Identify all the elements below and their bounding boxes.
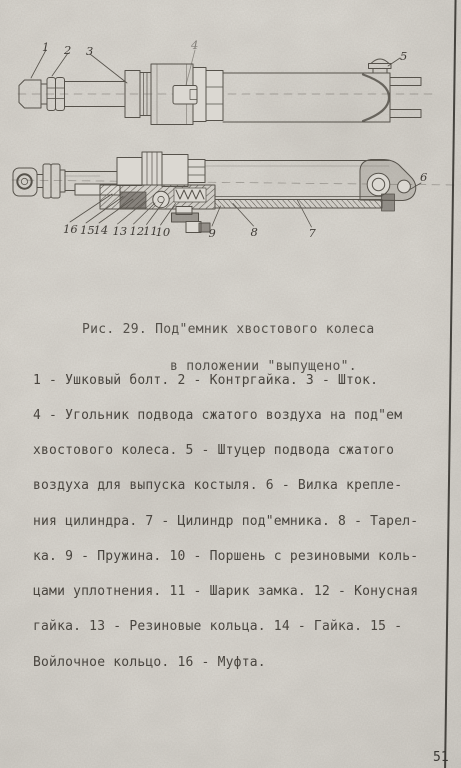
legend-line: гайка. 13 - Резиновые кольца. 14 - Гайка… [33, 621, 445, 633]
callout-12: 12 [130, 224, 145, 238]
callout-7: 7 [309, 226, 317, 240]
legend-line: воздуха для выпуска костыля. 6 - Вилка к… [33, 480, 445, 492]
legend-line: ка. 9 - Пружина. 10 - Поршень с резиновы… [33, 551, 445, 563]
callout-2: 2 [63, 43, 71, 57]
callout-6: 6 [420, 170, 427, 184]
jack-section-view [12, 152, 456, 233]
callout-1: 1 [42, 40, 49, 54]
callout-3: 3 [86, 44, 93, 58]
legend-line: цами уплотнения. 11 - Шарик замка. 12 - … [33, 586, 445, 598]
callout-8: 8 [251, 225, 258, 239]
jack-side-view [18, 50, 438, 125]
callout-16: 16 [63, 222, 78, 236]
parts-legend: 1 - Ушковый болт. 2 - Контргайка. 3 - Шт… [33, 351, 445, 692]
scanned-page: 1 2 3 4 5 [0, 0, 461, 768]
callout-5: 5 [400, 49, 407, 63]
callout-4: 4 [190, 38, 198, 52]
figure-29-diagram: 1 2 3 4 5 [0, 0, 461, 268]
callout-9: 9 [209, 226, 216, 240]
figure-caption-line-1: Рис. 29. Под"емник хвостового колеса [82, 324, 461, 336]
callout-14: 14 [94, 223, 109, 237]
legend-line: 4 - Угольник подвода сжатого воздуха на … [33, 410, 445, 422]
legend-line: ния цилиндра. 7 - Цилиндр под"емника. 8 … [33, 516, 445, 528]
legend-line: 1 - Ушковый болт. 2 - Контргайка. 3 - Шт… [33, 375, 445, 387]
legend-line: Войлочное кольцо. 16 - Муфта. [33, 657, 445, 669]
callout-10: 10 [156, 225, 171, 239]
callout-13: 13 [113, 224, 128, 238]
legend-line: хвостового колеса. 5 - Штуцер подвода сж… [33, 445, 445, 457]
callout-15: 15 [80, 223, 95, 237]
